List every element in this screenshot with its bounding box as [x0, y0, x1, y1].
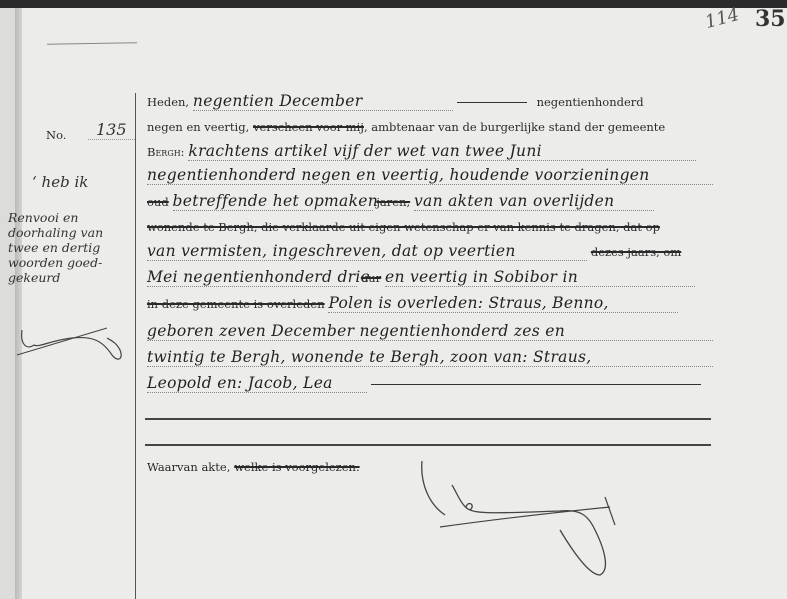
- deed-line-2: negen en veertig, verscheen voor mij, am…: [147, 120, 713, 144]
- deed-line-9: in deze gemeente is overleden Polen is o…: [147, 294, 713, 318]
- deed-line-4: negentienhonderd negen en veertig, houde…: [147, 166, 713, 190]
- approval-line: gekeurd: [8, 270, 128, 285]
- deed-struck-text: in deze gemeente is overleden: [147, 297, 325, 311]
- deed-struck-text: uur: [361, 271, 381, 285]
- closing-rule-2: [145, 444, 711, 446]
- record-number: 135: [88, 120, 135, 140]
- closing-rule-1: [145, 418, 711, 420]
- deed-print: , ambtenaar van de burgerlijke stand der…: [364, 120, 665, 134]
- deed-handwriting: negentien December: [193, 92, 453, 111]
- deed-line-7: van vermisten, ingeschreven, dat op veer…: [147, 242, 713, 266]
- record-number-label: No.: [46, 128, 66, 142]
- deed-fill-dash: [371, 384, 701, 385]
- deed-struck-text: dezes jaars, om: [591, 245, 681, 259]
- deed-line-5: oud betreffende het opmaken jaren, van a…: [147, 192, 713, 216]
- deed-fill-dash: [457, 102, 527, 103]
- deed-handwriting: twintig te Bergh, wonende te Bergh, zoon…: [147, 348, 713, 367]
- deed-print: Heden,: [147, 95, 189, 109]
- deed-line-3: Bergh: krachtens artikel vijf der wet va…: [147, 142, 713, 166]
- deed-struck-text: wonende te Bergh, die verklaarde uit eig…: [147, 220, 660, 234]
- stub-line: [47, 42, 137, 45]
- deed-line-11: twintig te Bergh, wonende te Bergh, zoon…: [147, 348, 713, 372]
- deed-handwriting: krachtens artikel vijf der wet van twee …: [188, 142, 696, 161]
- deed-line-6: wonende te Bergh, die verklaarde uit eig…: [147, 220, 713, 244]
- deed-handwriting: Polen is overleden: Straus, Benno,: [328, 294, 678, 313]
- deed-struck-text: welke is voorgelezen.: [234, 460, 359, 474]
- approval-line: Renvooi en: [8, 210, 128, 225]
- deed-line-1: Heden, negentien December negentienhonde…: [147, 92, 713, 116]
- deed-handwriting: Leopold en: Jacob, Lea: [147, 374, 367, 393]
- deed-handwriting: Mei negentienhonderd drie: [147, 268, 357, 287]
- deed-line-8: Mei negentienhonderd drie uur en veertig…: [147, 268, 713, 292]
- deed-struck-text: verscheen voor mij: [253, 120, 364, 134]
- deed-struck-text: jaren,: [376, 195, 410, 209]
- deed-struck-text: oud: [147, 195, 169, 209]
- deed-handwriting: negentienhonderd negen en veertig, houde…: [147, 166, 713, 185]
- registrar-signature: [400, 455, 640, 585]
- margin-insertion-note: ʻ heb ik: [32, 173, 88, 191]
- margin-approval-note: Renvooi en doorhaling van twee en dertig…: [8, 210, 128, 285]
- margin-initials-signature: [12, 300, 132, 370]
- deed-handwriting: geboren zeven December negentienhonderd …: [147, 322, 713, 341]
- approval-line: twee en dertig: [8, 240, 128, 255]
- deed-handwriting: betreffende het opmaken: [173, 192, 373, 211]
- deed-line-12: Leopold en: Jacob, Lea: [147, 374, 713, 398]
- deed-print: Waarvan akte,: [147, 460, 230, 474]
- deed-handwriting: en veertig in Sobibor in: [385, 268, 695, 287]
- deed-line-10: geboren zeven December negentienhonderd …: [147, 322, 713, 346]
- deed-handwriting: van akten van overlijden: [414, 192, 654, 211]
- deed-handwriting: van vermisten, ingeschreven, dat op veer…: [147, 242, 587, 261]
- folio-number: 35: [755, 6, 786, 32]
- deed-print-municipality: Bergh:: [147, 145, 185, 159]
- deed-print: negentienhonderd: [537, 95, 644, 109]
- approval-line: doorhaling van: [8, 225, 128, 240]
- book-binding-top: [0, 0, 787, 8]
- margin-rule: [135, 93, 136, 599]
- approval-line: woorden goed-: [8, 255, 128, 270]
- deed-print: negen en veertig,: [147, 120, 249, 134]
